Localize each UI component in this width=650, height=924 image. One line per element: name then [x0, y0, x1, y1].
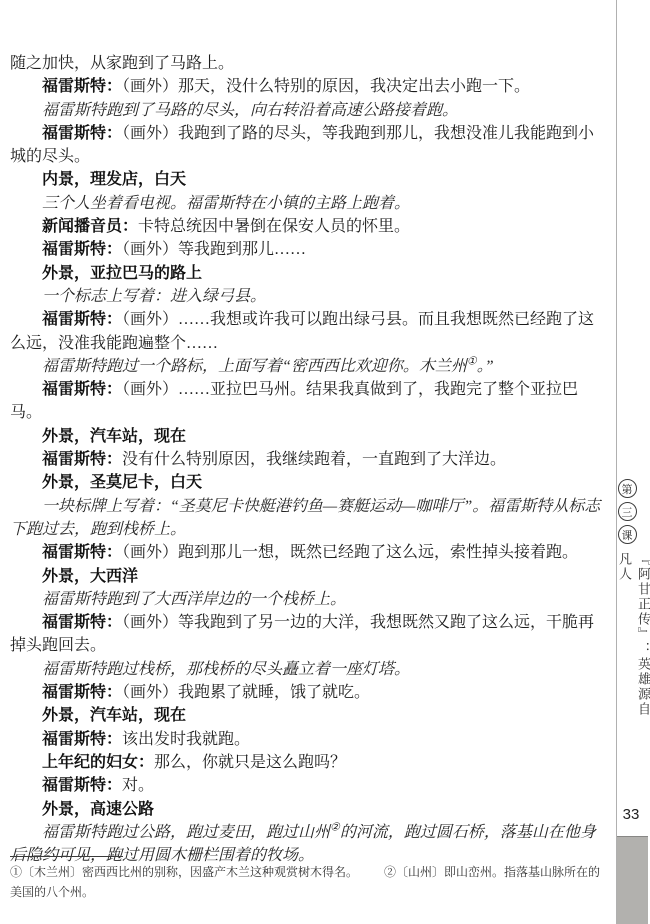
- scene-heading: 外景，圣莫尼卡，白天: [10, 471, 602, 494]
- speaker-name: 福雷斯特：: [42, 614, 122, 631]
- script-text-column: 随之加快，从家跑到了马路上。福雷斯特：（画外）那天，没什么特别的原因，我决定出去…: [10, 52, 602, 867]
- dialogue-line: 福雷斯特：（画外）等我跑到了另一边的大洋，我想既然又跑了这么远，干脆再掉头跑回去…: [10, 611, 602, 658]
- dialogue-line: 上年纪的妇女：那么，你就只是这么跑吗？: [10, 751, 602, 774]
- sidebar-rule: [616, 0, 617, 924]
- footnote-ref: ①: [467, 356, 477, 368]
- action-line: 三个人坐着看电视。福雷斯特在小镇的主路上跑着。: [10, 192, 602, 215]
- continuation-line: 随之加快，从家跑到了马路上。: [10, 52, 602, 75]
- dialogue-line: 福雷斯特：（画外）等我跑到那儿……: [10, 238, 602, 261]
- textbook-page: 随之加快，从家跑到了马路上。福雷斯特：（画外）那天，没什么特别的原因，我决定出去…: [0, 0, 650, 924]
- lesson-badge: 第三课: [616, 477, 638, 546]
- page-edge-tab: [617, 836, 648, 924]
- lesson-char: 第: [618, 479, 637, 498]
- dialogue-line: 福雷斯特：（画外）……亚拉巴马州。结果我真做到了，我跑完了整个亚拉巴马。: [10, 378, 602, 425]
- dialogue-line: 福雷斯特：（画外）跑到那儿一想，既然已经跑了这么远，索性掉头接着跑。: [10, 541, 602, 564]
- dialogue-line: 福雷斯特：（画外）我跑到了路的尽头，等我跑到那儿，我想没准儿我能跑到小城的尽头。: [10, 122, 602, 169]
- speaker-name: 福雷斯特：: [42, 381, 122, 398]
- speaker-name: 福雷斯特：: [42, 241, 122, 258]
- dialogue-line: 福雷斯特：对。: [10, 774, 602, 797]
- scene-heading: 外景，高速公路: [10, 798, 602, 821]
- action-line: 一块标牌上写着：“圣莫尼卡快艇港钓鱼—赛艇运动—咖啡厅”。福雷斯特从标志下跑过去…: [10, 495, 602, 542]
- action-line: 福雷斯特跑过一个路标，上面写着“密西西比欢迎你。木兰州①。”: [10, 355, 602, 378]
- dialogue-line: 福雷斯特：没有什么特别原因，我继续跑着，一直跑到了大洋边。: [10, 448, 602, 471]
- scene-heading: 内景，理发店，白天: [10, 168, 602, 191]
- speaker-name: 福雷斯特：: [42, 777, 122, 794]
- dialogue-line: 新闻播音员：卡特总统因中暑倒在保安人员的怀里。: [10, 215, 602, 238]
- scene-heading: 外景，汽车站，现在: [10, 704, 602, 727]
- lesson-char: 三: [618, 502, 637, 521]
- action-line: 一个标志上写着：进入绿弓县。: [10, 285, 602, 308]
- footnote-ref: ②: [330, 821, 340, 833]
- speaker-name: 福雷斯特：: [42, 451, 122, 468]
- speaker-name: 福雷斯特：: [42, 311, 122, 328]
- action-line: 福雷斯特跑过栈桥，那栈桥的尽头矗立着一座灯塔。: [10, 658, 602, 681]
- speaker-name: 福雷斯特：: [42, 125, 122, 142]
- speaker-name: 福雷斯特：: [42, 684, 122, 701]
- speaker-name: 福雷斯特：: [42, 731, 122, 748]
- dialogue-line: 福雷斯特：（画外）……我想或许我可以跑出绿弓县。而且我想既然已经跑了这么远，没准…: [10, 308, 602, 355]
- footnotes: ①〔木兰州〕密西西比州的别称，因盛产木兰这种观赏树木得名。②〔山州〕即山峦州。指…: [10, 862, 602, 902]
- dialogue-line: 福雷斯特：该出发时我就跑。: [10, 728, 602, 751]
- action-line: 福雷斯特跑过公路，跑过麦田，跑过山州②的河流，跑过圆石桥，落基山在他身后隐约可见…: [10, 821, 602, 868]
- footnote: ①〔木兰州〕密西西比州的别称，因盛产木兰这种观赏树木得名。: [10, 865, 358, 879]
- footnote-divider: [10, 856, 123, 857]
- scene-heading: 外景，汽车站，现在: [10, 425, 602, 448]
- chapter-title-vertical: 『阿甘正传』：英雄源自凡人: [615, 552, 650, 727]
- dialogue-line: 福雷斯特：（画外）我跑累了就睡，饿了就吃。: [10, 681, 602, 704]
- scene-heading: 外景，亚拉巴马的路上: [10, 262, 602, 285]
- lesson-char: 课: [618, 525, 637, 544]
- action-line: 福雷斯特跑到了大西洋岸边的一个栈桥上。: [10, 588, 602, 611]
- page-number: 33: [614, 806, 648, 823]
- speaker-name: 福雷斯特：: [42, 544, 122, 561]
- speaker-name: 福雷斯特：: [42, 78, 122, 95]
- scene-heading: 外景，大西洋: [10, 565, 602, 588]
- speaker-name: 新闻播音员：: [42, 218, 138, 235]
- speaker-name: 上年纪的妇女：: [42, 754, 154, 771]
- action-line: 福雷斯特跑到了马路的尽头，向右转沿着高速公路接着跑。: [10, 99, 602, 122]
- dialogue-line: 福雷斯特：（画外）那天，没什么特别的原因，我决定出去小跑一下。: [10, 75, 602, 98]
